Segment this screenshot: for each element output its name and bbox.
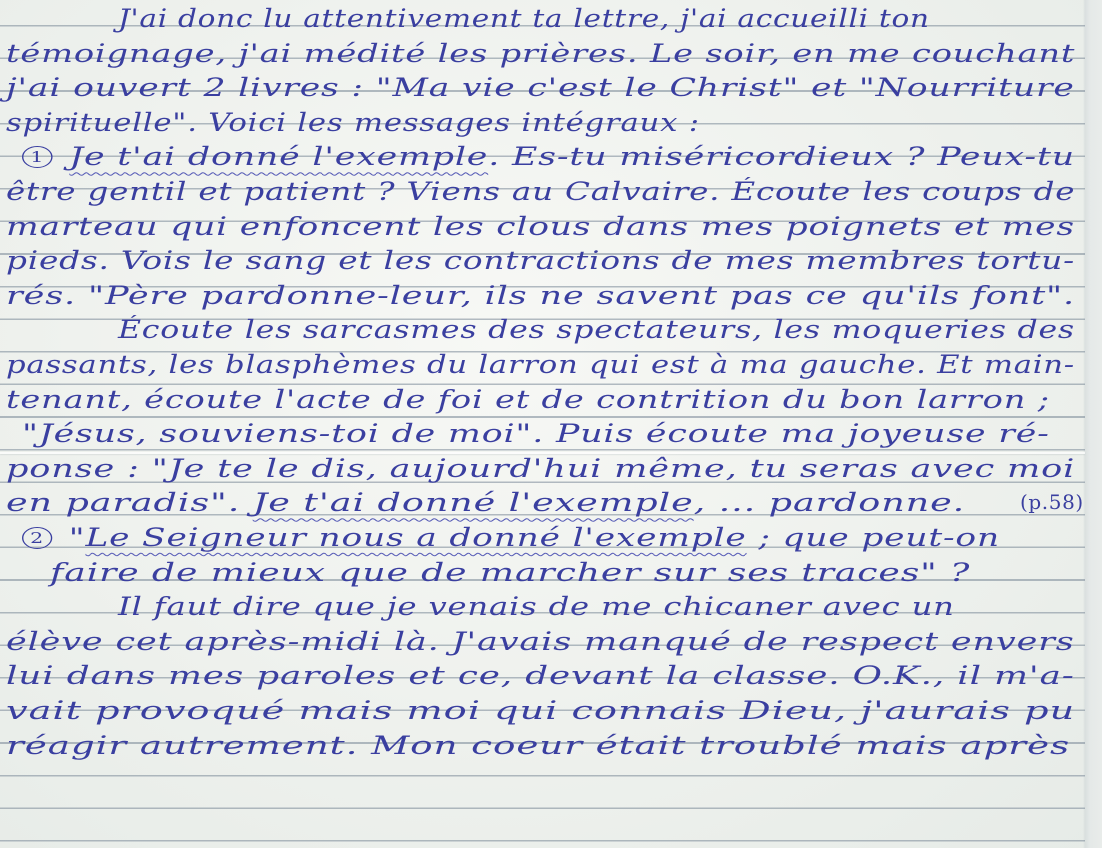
- handwritten-letter: J'ai donc lu attentivement ta lettre, j'…: [0, 0, 1085, 848]
- letter-line: marteau qui enfoncent les clous dans mes…: [6, 210, 782, 243]
- line-content: 2"Le Seigneur nous a donné l'exemple ; q…: [22, 521, 1000, 554]
- line-text: faire de mieux que de marcher sur ses tr…: [50, 556, 970, 589]
- letter-line: réagir autrement. Mon coeur était troubl…: [6, 729, 719, 762]
- line-text: tenant, écoute l'acte de foi et de contr…: [6, 383, 1050, 416]
- letter-line: pieds. Vois le sang et les contractions …: [6, 244, 822, 277]
- line-content: marteau qui enfoncent les clous dans mes…: [6, 210, 1075, 243]
- underlined-quote: Le Seigneur nous a donné l'exemple: [85, 521, 746, 554]
- line-text: ponse : "Je te le dis, aujourd'hui même,…: [6, 452, 1075, 485]
- line-content: pieds. Vois le sang et les contractions …: [6, 244, 1075, 277]
- letter-line: rés. "Père pardonne-leur, ils ne savent …: [6, 279, 768, 312]
- underlined-quote: Je t'ai donné l'exemple: [69, 140, 488, 173]
- letter-line: être gentil et patient ? Viens au Calvai…: [6, 175, 827, 208]
- line-text: réagir autrement. Mon coeur était troubl…: [6, 729, 1070, 762]
- line-content: lui dans mes paroles et ce, devant la cl…: [6, 659, 1075, 692]
- line-text: vait provoqué mais moi qui connais Dieu,…: [6, 694, 1075, 727]
- line-content: vait provoqué mais moi qui connais Dieu,…: [6, 694, 1075, 727]
- line-prefix: en paradis".: [6, 486, 253, 519]
- line-content: élève cet après-midi là. J'avais manqué …: [6, 625, 1075, 658]
- letter-line: ponse : "Je te le dis, aujourd'hui même,…: [6, 452, 768, 485]
- letter-page: J'ai donc lu attentivement ta lettre, j'…: [0, 0, 1102, 848]
- line-text: passants, les blasphèmes du larron qui e…: [6, 348, 1075, 381]
- line-prefix: ": [69, 521, 86, 554]
- line-content: spirituelle". Voici les messages intégra…: [6, 106, 700, 139]
- line-text: rés. "Père pardonne-leur, ils ne savent …: [6, 279, 1075, 312]
- numbered-marker: 1: [22, 146, 53, 168]
- line-text: . Es-tu miséricordieux ? Peux-tu: [488, 140, 1075, 173]
- line-text: élève cet après-midi là. J'avais manqué …: [6, 625, 1075, 658]
- letter-line: "Jésus, souviens-toi de moi". Puis écout…: [22, 417, 761, 450]
- line-text: lui dans mes paroles et ce, devant la cl…: [6, 659, 1075, 692]
- line-content: ponse : "Je te le dis, aujourd'hui même,…: [6, 452, 1075, 485]
- numbered-marker: 2: [22, 527, 52, 549]
- line-content: J'ai donc lu attentivement ta lettre, j'…: [118, 2, 930, 35]
- letter-line: en paradis". Je t'ai donné l'exemple, ..…: [6, 486, 662, 519]
- line-content: tenant, écoute l'acte de foi et de contr…: [6, 383, 1050, 416]
- letter-line: 2"Le Seigneur nous a donné l'exemple ; q…: [22, 521, 733, 554]
- letter-line: élève cet après-midi là. J'avais manqué …: [6, 625, 768, 658]
- line-content: témoignage, j'ai médité les prières. Le …: [6, 37, 1075, 70]
- letter-line: lui dans mes paroles et ce, devant la cl…: [6, 659, 753, 692]
- line-text: pieds. Vois le sang et les contractions …: [6, 244, 1075, 277]
- letter-line: J'ai donc lu attentivement ta lettre, j'…: [118, 2, 805, 35]
- line-text: Écoute les sarcasmes des spectateurs, le…: [118, 313, 1075, 346]
- line-text: ; que peut-on: [747, 521, 1000, 554]
- letter-line: passants, les blasphèmes du larron qui e…: [6, 348, 876, 381]
- line-text: J'ai donc lu attentivement ta lettre, j'…: [118, 2, 930, 35]
- line-text: Il faut dire que je venais de me chicane…: [118, 590, 955, 623]
- line-content: Il faut dire que je venais de me chicane…: [118, 590, 955, 623]
- line-text: marteau qui enfoncent les clous dans mes…: [6, 210, 1075, 243]
- line-content: en paradis". Je t'ai donné l'exemple, ..…: [6, 486, 965, 519]
- line-text: "Jésus, souviens-toi de moi". Puis écout…: [22, 417, 1050, 450]
- letter-line: 1Je t'ai donné l'exemple. Es-tu misérico…: [22, 140, 780, 173]
- letter-line: témoignage, j'ai médité les prières. Le …: [6, 37, 800, 70]
- line-content: j'ai ouvert 2 livres : "Ma vie c'est le …: [6, 71, 1075, 104]
- line-content: faire de mieux que de marcher sur ses tr…: [50, 556, 970, 589]
- page-citation: (p.58): [1020, 486, 1084, 519]
- letter-line: tenant, écoute l'acte de foi et de contr…: [6, 383, 782, 416]
- line-content: "Jésus, souviens-toi de moi". Puis écout…: [22, 417, 1050, 450]
- line-text: j'ai ouvert 2 livres : "Ma vie c'est le …: [6, 71, 1075, 104]
- line-text: témoignage, j'ai médité les prières. Le …: [6, 37, 1075, 70]
- letter-line: j'ai ouvert 2 livres : "Ma vie c'est le …: [6, 71, 778, 104]
- line-content: Écoute les sarcasmes des spectateurs, le…: [118, 313, 1075, 346]
- letter-line: vait provoqué mais moi qui connais Dieu,…: [6, 694, 703, 727]
- line-content: réagir autrement. Mon coeur était troubl…: [6, 729, 1070, 762]
- letter-line: Il faut dire que je venais de me chicane…: [118, 590, 765, 623]
- line-text: , ... pardonne.: [694, 486, 965, 519]
- letter-line: spirituelle". Voici les messages intégra…: [6, 106, 570, 139]
- line-text: spirituelle". Voici les messages intégra…: [6, 106, 700, 139]
- line-content: rés. "Père pardonne-leur, ils ne savent …: [6, 279, 1075, 312]
- line-content: être gentil et patient ? Viens au Calvai…: [6, 175, 1075, 208]
- letter-line: faire de mieux que de marcher sur ses tr…: [50, 556, 686, 589]
- underlined-quote: Je t'ai donné l'exemple: [253, 486, 694, 519]
- line-content: passants, les blasphèmes du larron qui e…: [6, 348, 1075, 381]
- line-content: 1Je t'ai donné l'exemple. Es-tu misérico…: [22, 140, 1075, 173]
- letter-line: Écoute les sarcasmes des spectateurs, le…: [118, 313, 876, 346]
- line-text: être gentil et patient ? Viens au Calvai…: [6, 175, 1075, 208]
